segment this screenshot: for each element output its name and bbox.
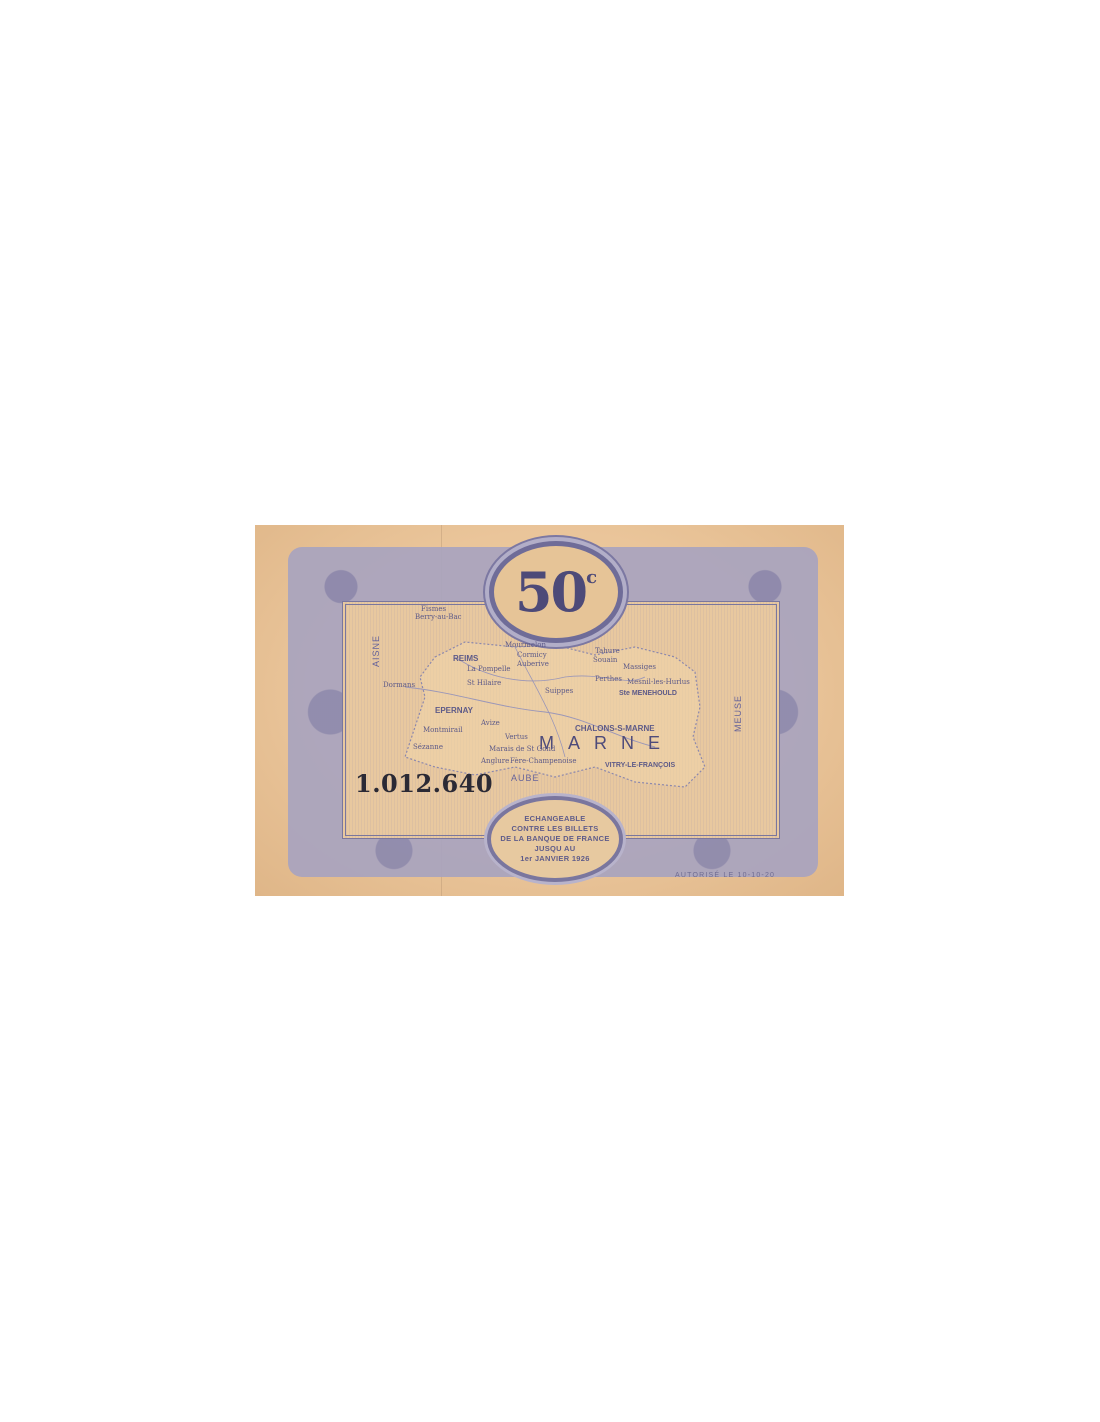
town-sezanne: Sézanne bbox=[413, 743, 443, 751]
city-chalons: CHALONS-S-MARNE bbox=[575, 724, 655, 733]
town-massiges: Massiges bbox=[623, 663, 656, 671]
exchange-line: DE LA BANQUE DE FRANCE bbox=[500, 834, 609, 844]
label-marne: MARNE bbox=[539, 733, 674, 754]
denomination-medallion: 50c bbox=[489, 541, 623, 643]
label-aisne: AISNE bbox=[371, 635, 381, 667]
town-avize: Avize bbox=[481, 719, 500, 727]
label-meuse: MEUSE bbox=[733, 695, 743, 732]
serial-number: 1.012.640 bbox=[355, 769, 493, 798]
town-montmirail: Montmirail bbox=[423, 726, 463, 734]
town-vertus: Vertus bbox=[505, 733, 528, 741]
town-suippes: Suippes bbox=[545, 687, 573, 695]
exchange-cartouche: ECHANGEABLE CONTRE LES BILLETS DE LA BAN… bbox=[487, 796, 623, 882]
town-pompelle: La Pompelle bbox=[467, 665, 511, 673]
town-fere: Fère-Champenoise bbox=[510, 757, 576, 765]
exchange-line: 1er JANVIER 1926 bbox=[520, 854, 589, 864]
exchange-line: CONTRE LES BILLETS bbox=[511, 824, 598, 834]
city-reims: REIMS bbox=[453, 654, 478, 663]
town-marais: Marais de St Gond bbox=[489, 745, 555, 753]
town-fismes: Fismes bbox=[421, 605, 446, 613]
city-epernay: EPERNAY bbox=[435, 706, 473, 715]
label-aube: AUBE bbox=[511, 773, 540, 783]
exchange-line: ECHANGEABLE bbox=[524, 814, 585, 824]
town-cormicy: Cormicy bbox=[517, 651, 547, 659]
town-auberive: Auberive bbox=[517, 660, 549, 668]
authorization-text: AUTORISÉ LE 10-10-20 bbox=[675, 872, 775, 879]
city-menehould: Ste MENEHOULD bbox=[619, 690, 677, 697]
denomination: 50c bbox=[515, 560, 597, 624]
town-berry: Berry-au-Bac bbox=[415, 613, 462, 621]
town-dormans: Dormans bbox=[383, 681, 415, 689]
town-mourmelon: Mourmelon bbox=[505, 641, 546, 649]
exchange-line: JUSQU AU bbox=[535, 844, 576, 854]
town-tahure: Tahure bbox=[595, 647, 620, 655]
town-mesnil: Mesnil-les-Hurlus bbox=[627, 678, 690, 686]
town-anglure: Anglure bbox=[481, 757, 509, 765]
town-sthilaire: St Hilaire bbox=[467, 679, 501, 687]
banknote: 50c AISNE MEUSE AUBE MARNE Fismes Berry-… bbox=[255, 525, 844, 896]
town-souain: Souain bbox=[593, 656, 617, 664]
town-perthes: Perthes bbox=[595, 675, 622, 683]
city-vitry: VITRY-LE-FRANÇOIS bbox=[605, 762, 675, 769]
